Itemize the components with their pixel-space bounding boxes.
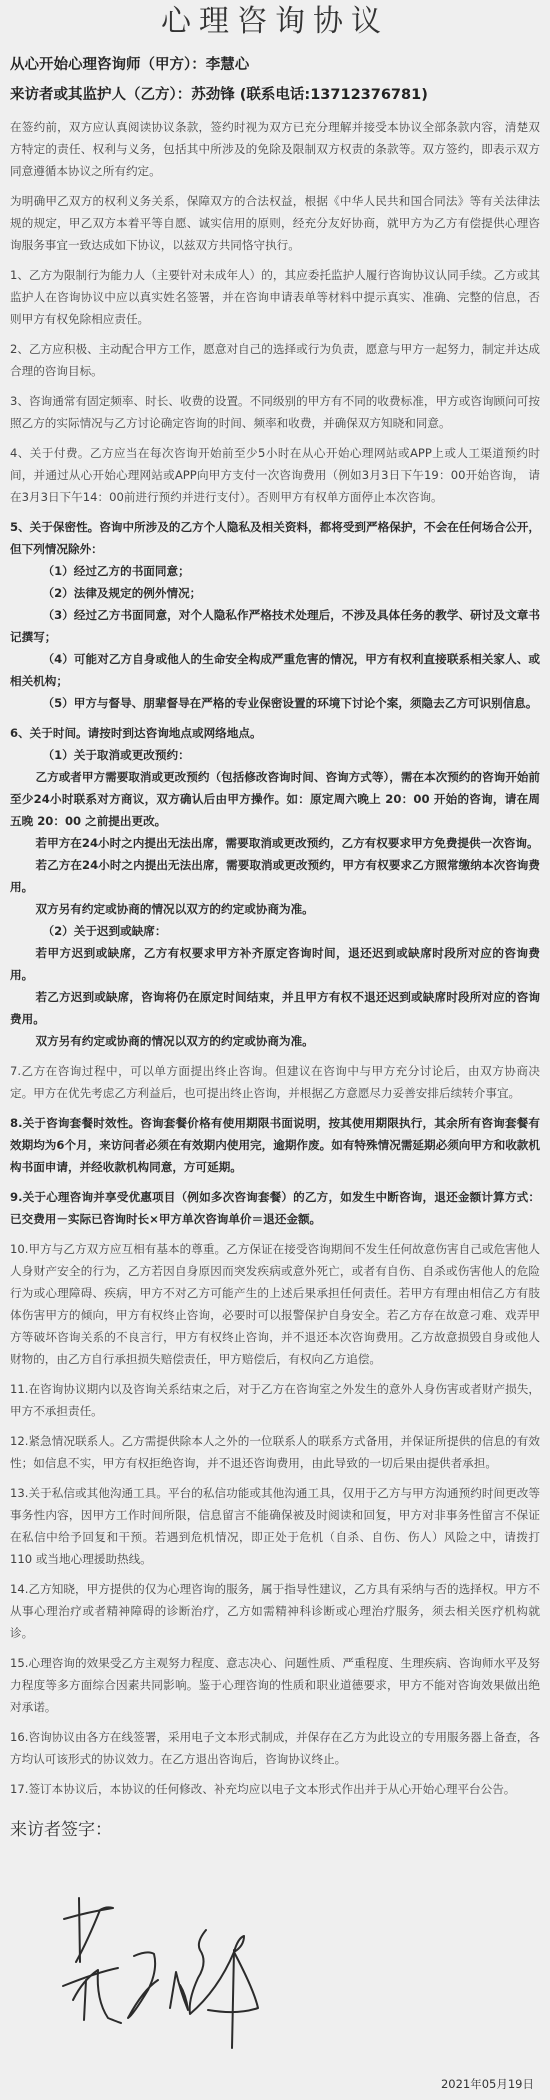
document-title: 心理咨询协议: [10, 0, 540, 50]
clause-5-item-5: （5）甲方与督导、朋辈督导在严格的专业保密设置的环境下讨论个案，须隐去乙方可识别…: [10, 692, 540, 714]
clause-6-lead: 6、关于时间。请按时到达咨询地点或网络地点。: [10, 722, 540, 744]
clause-5-item-2: （2）法律及规定的例外情况；: [10, 582, 540, 604]
intro-paragraph-1: 在签约前，双方应认真阅读协议条款，签约时视为双方已充分理解并接受本协议全部条款内…: [10, 116, 540, 182]
clause-6-sub1-item-3: 若乙方在24小时之内提出无法出席，需要取消或更改预约，甲方有权要求乙方照常缴纳本…: [10, 854, 540, 898]
clause-5-item-1: （1）经过乙方的书面同意；: [10, 560, 540, 582]
clause-6-sub1-label: （1）关于取消或更改预约：: [10, 744, 540, 766]
clause-6-sub2-item-1: 若甲方迟到或缺席，乙方有权要求甲方补齐原定咨询时间，退还迟到或缺席时段所对应的咨…: [10, 942, 540, 986]
clause-1: 1、乙方为限制行为能力人（主要针对未成年人）的，其应委托监护人履行咨询协议认同手…: [10, 264, 540, 330]
clause-5-item-3: （3）经过乙方书面同意，对个人隐私作严格技术处理后，不涉及具体任务的教学、研讨及…: [10, 604, 540, 648]
clause-4: 4、关于付费。乙方应当在每次咨询开始前至少5小时在从心开始心理网站或APP上或人…: [10, 442, 540, 508]
clause-6-sub2-label: （2）关于迟到或缺席：: [10, 920, 540, 942]
clause-6-time: 6、关于时间。请按时到达咨询地点或网络地点。 （1）关于取消或更改预约： 乙方或…: [10, 722, 540, 1052]
handwritten-signature-icon: [58, 1890, 268, 2050]
signature-area: [10, 1842, 540, 2082]
clause-5-item-4: （4）可能对乙方自身或他人的生命安全构成严重危害的情况，甲方有权利直接联系相关家…: [10, 648, 540, 692]
clause-13: 13.关于私信或其他沟通工具。平台的私信功能或其他沟通工具，仅用于乙方与甲方沟通…: [10, 1482, 540, 1570]
clause-6-sub2-item-3: 双方另有约定或协商的情况以双方的约定或协商为准。: [10, 1030, 540, 1052]
clause-16: 16.咨询协议由各方在线签署，采用电子文本形式制成，并保存在乙方为此设立的专用服…: [10, 1726, 540, 1770]
clause-15: 15.心理咨询的效果受乙方主观努力程度、意志决心、问题性质、严重程度、生理疾病、…: [10, 1652, 540, 1718]
clause-6-sub1-item-4: 双方另有约定或协商的情况以双方的约定或协商为准。: [10, 898, 540, 920]
clause-7: 7.乙方在咨询过程中，可以单方面提出终止咨询。但建议在咨询中与甲方充分讨论后，由…: [10, 1060, 540, 1104]
clause-8: 8.关于咨询套餐时效性。咨询套餐价格有使用期限书面说明，按其使用期限执行，其余所…: [10, 1112, 540, 1178]
clause-6-sub1-item-1: 乙方或者甲方需要取消或更改预约（包括修改咨询时间、咨询方式等），需在本次预约的咨…: [10, 766, 540, 832]
clause-11: 11.在咨询协议期内以及咨询关系结束之后，对于乙方在咨询室之外发生的意外人身伤害…: [10, 1378, 540, 1422]
party-b-line: 来访者或其监护人（乙方）：苏劲锋 (联系电话:13712376781): [10, 80, 540, 110]
clause-6-sub1-item-2: 若甲方在24小时之内提出无法出席，需要取消或更改预约，乙方有权要求甲方免费提供一…: [10, 832, 540, 854]
clause-14: 14.乙方知晓，甲方提供的仅为心理咨询的服务，属于指导性建议，乙方具有采纳与否的…: [10, 1578, 540, 1644]
agreement-document: 心理咨询协议 从心开始心理咨询师（甲方）：李慧心 来访者或其监护人（乙方）：苏劲…: [0, 0, 550, 2092]
clause-3: 3、咨询通常有固定频率、时长、收费的设置。不同级别的甲方有不同的收费标准，甲方或…: [10, 390, 540, 434]
clause-2: 2、乙方应积极、主动配合甲方工作，愿意对自己的选择或行为负责，愿意与甲方一起努力…: [10, 338, 540, 382]
clause-5-lead: 5、关于保密性。咨询中所涉及的乙方个人隐私及相关资料，都将受到严格保护，不会在任…: [10, 516, 540, 560]
clause-10: 10.甲方与乙方双方应互相有基本的尊重。乙方保证在接受咨询期间不发生任何故意伤害…: [10, 1238, 540, 1370]
clause-17: 17.签订本协议后，本协议的任何修改、补充均应以电子文本形式作出并于从心开始心理…: [10, 1778, 540, 1800]
party-a-line: 从心开始心理咨询师（甲方）：李慧心: [10, 50, 540, 80]
intro-paragraph-2: 为明确甲乙双方的权利义务关系，保障双方的合法权益，根据《中华人民共和国合同法》等…: [10, 190, 540, 256]
clause-12: 12.紧急情况联系人。乙方需提供除本人之外的一位联系人的联系方式备用，并保证所提…: [10, 1430, 540, 1474]
clause-5-confidentiality: 5、关于保密性。咨询中所涉及的乙方个人隐私及相关资料，都将受到严格保护，不会在任…: [10, 516, 540, 714]
clause-6-sub2-item-2: 若乙方迟到或缺席，咨询将仍在原定时间结束，并且甲方有权不退还迟到或缺席时段所对应…: [10, 986, 540, 1030]
clause-9: 9.关于心理咨询并享受优惠项目（例如多次咨询套餐）的乙方，如发生中断咨询，退还金…: [10, 1186, 540, 1230]
signature-label: 来访者签字：: [10, 1818, 540, 1842]
